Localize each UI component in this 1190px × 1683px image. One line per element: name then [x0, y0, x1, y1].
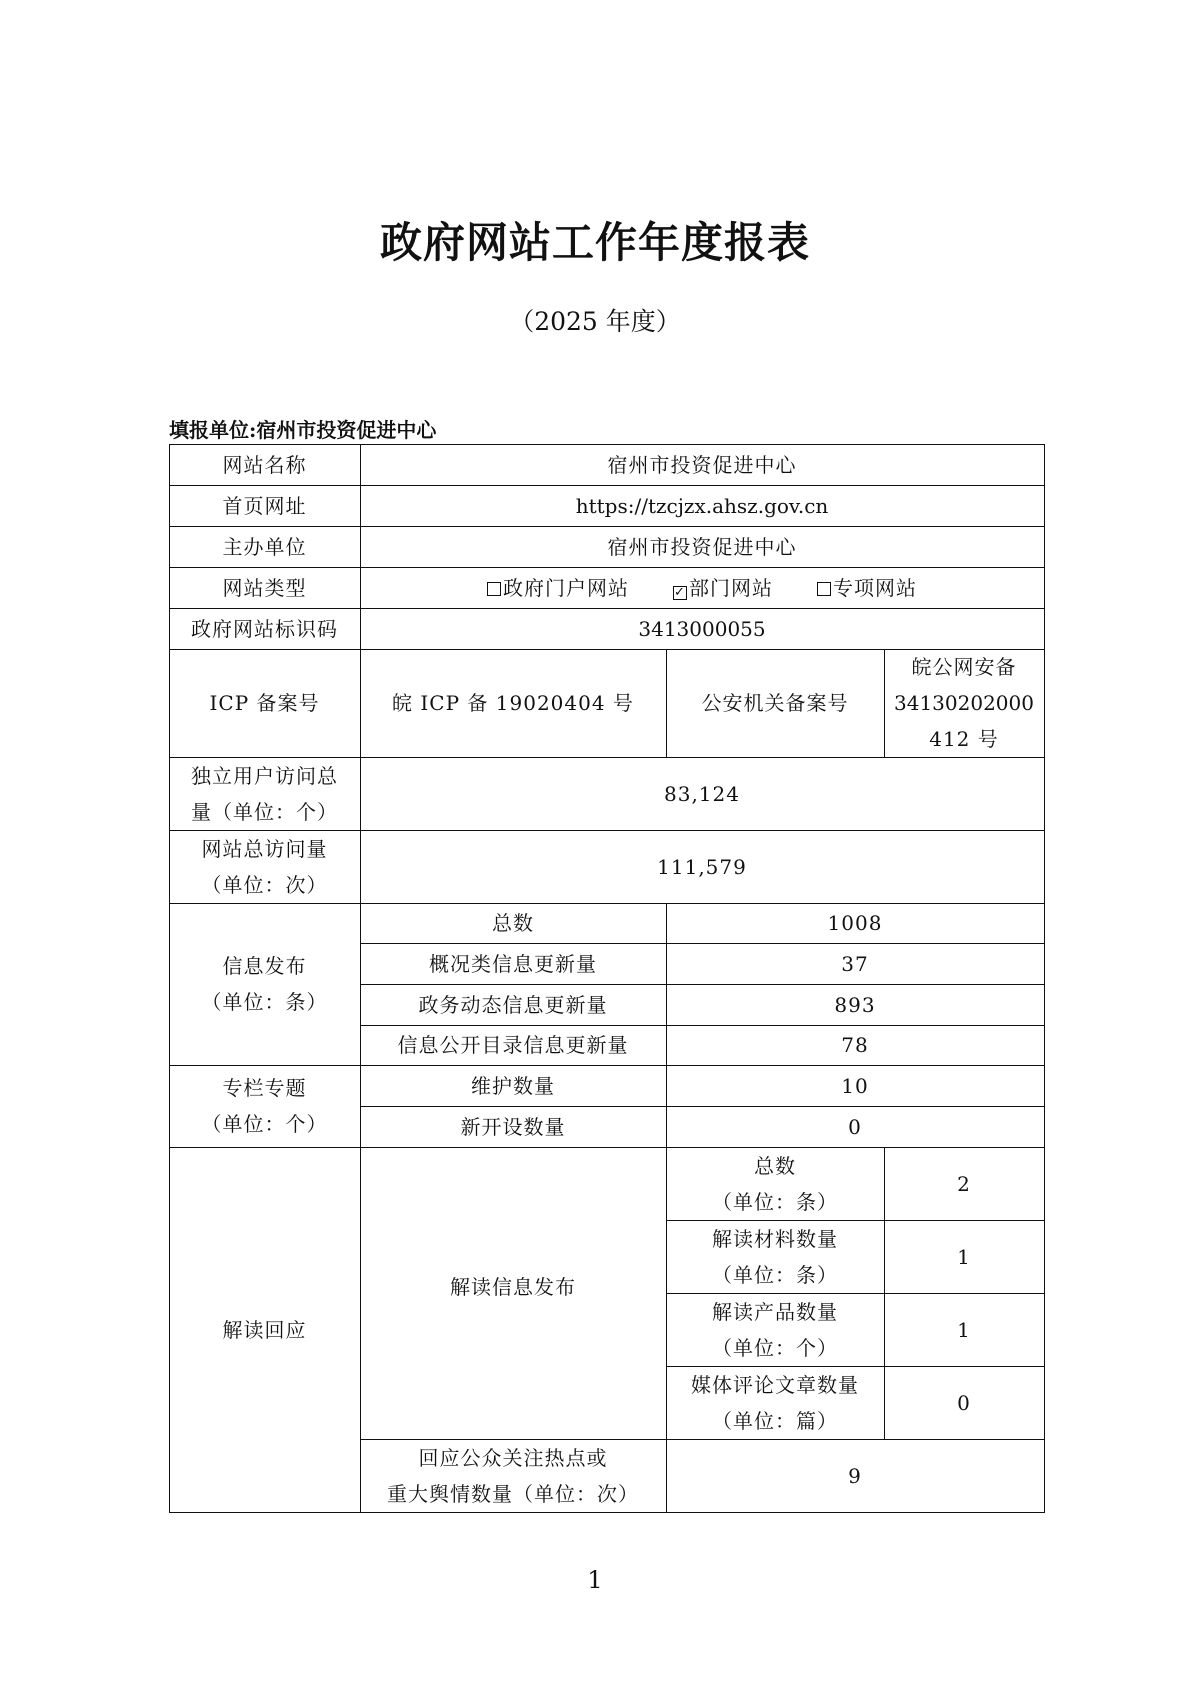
sponsor-label: 主办单位 — [169, 526, 360, 567]
page-title: 政府网站工作年度报表 — [0, 210, 1190, 270]
police-record-value: 皖公网安备 34130202000 412 号 — [884, 649, 1044, 757]
icp-value: 皖 ICP 备 19020404 号 — [360, 649, 666, 757]
label-line: （单位：次） — [202, 867, 328, 903]
news-update-value: 893 — [666, 984, 1044, 1025]
disclosure-update-value: 78 — [666, 1025, 1044, 1065]
table-border-bottom — [169, 1512, 1045, 1513]
option-label: 专项网站 — [833, 576, 917, 600]
interpretation-publish-label: 解读信息发布 — [360, 1147, 666, 1417]
police-line: 皖公网安备 — [912, 649, 1017, 685]
label-line: 回应公众关注热点或 — [419, 1440, 608, 1476]
site-code-label: 政府网站标识码 — [169, 608, 360, 649]
option-special[interactable]: 专项网站 — [817, 570, 917, 606]
interp-material-label: 解读材料数量 （单位：条） — [666, 1220, 884, 1293]
label-line: 信息发布 — [223, 948, 307, 984]
checkbox-unchecked-icon[interactable] — [817, 582, 831, 596]
option-department[interactable]: ✓部门网站 — [673, 570, 773, 606]
disclosure-update-label: 信息公开目录信息更新量 — [360, 1025, 666, 1065]
option-portal[interactable]: 政府门户网站 — [487, 570, 629, 606]
checkbox-unchecked-icon[interactable] — [487, 582, 501, 596]
interp-total-label: 总数 （单位：条） — [666, 1147, 884, 1220]
columns-label: 专栏专题 （单位：个） — [169, 1065, 360, 1147]
option-label: 政府门户网站 — [503, 576, 629, 600]
label-line: （单位：条） — [712, 1257, 838, 1293]
option-label: 部门网站 — [689, 576, 773, 600]
public-response-label: 回应公众关注热点或 重大舆情数量（单位：次） — [360, 1439, 666, 1512]
unique-visitors-value: 83,124 — [360, 757, 1044, 830]
interpretation-label: 解读回应 — [169, 1147, 360, 1512]
overview-update-label: 概况类信息更新量 — [360, 943, 666, 984]
maintained-label: 维护数量 — [360, 1065, 666, 1106]
label-line: 解读产品数量 — [712, 1294, 838, 1330]
police-record-label: 公安机关备案号 — [666, 649, 884, 757]
label-line: （单位：条） — [202, 984, 328, 1020]
interp-product-label: 解读产品数量 （单位：个） — [666, 1293, 884, 1366]
site-code-value: 3413000055 — [360, 608, 1044, 649]
interp-total-value: 2 — [884, 1147, 1044, 1220]
total-visits-value: 111,579 — [360, 830, 1044, 903]
label-line: （单位：个） — [202, 1106, 328, 1142]
label-line: （单位：个） — [712, 1330, 838, 1366]
label-line: （单位：条） — [712, 1184, 838, 1220]
unique-visitors-label: 独立用户访问总 量（单位：个） — [169, 757, 360, 830]
new-opened-label: 新开设数量 — [360, 1106, 666, 1147]
homepage-label: 首页网址 — [169, 485, 360, 526]
media-article-value: 0 — [884, 1366, 1044, 1439]
overview-update-value: 37 — [666, 943, 1044, 984]
label-line: 媒体评论文章数量 — [691, 1367, 859, 1403]
interp-material-value: 1 — [884, 1220, 1044, 1293]
report-year: （2025 年度） — [0, 302, 1190, 338]
police-line: 34130202000 — [894, 685, 1034, 721]
label-line: 量（单位：个） — [191, 794, 338, 830]
icp-label: ICP 备案号 — [169, 649, 360, 757]
reporting-unit: 填报单位:宿州市投资促进中心 — [169, 414, 436, 443]
info-publish-label: 信息发布 （单位：条） — [169, 903, 360, 1065]
sponsor-value: 宿州市投资促进中心 — [360, 526, 1044, 567]
site-name-value: 宿州市投资促进中心 — [360, 444, 1044, 485]
label-line: 重大舆情数量（单位：次） — [387, 1476, 639, 1512]
label-line: 专栏专题 — [223, 1070, 307, 1106]
public-response-value: 9 — [666, 1439, 1044, 1512]
label-line: （单位：篇） — [712, 1403, 838, 1439]
label-line: 独立用户访问总 — [191, 758, 338, 794]
new-opened-value: 0 — [666, 1106, 1044, 1147]
homepage-url: https://tzcjzx.ahsz.gov.cn — [360, 485, 1044, 526]
table-border-right — [1044, 444, 1045, 1513]
label-line: 解读材料数量 — [712, 1221, 838, 1257]
police-line: 412 号 — [929, 721, 999, 757]
site-type-options: 政府门户网站 ✓部门网站 专项网站 — [360, 567, 1044, 608]
maintained-value: 10 — [666, 1065, 1044, 1106]
total-visits-label: 网站总访问量 （单位：次） — [169, 830, 360, 903]
info-total-label: 总数 — [360, 903, 666, 943]
info-total-value: 1008 — [666, 903, 1044, 943]
interp-product-value: 1 — [884, 1293, 1044, 1366]
media-article-label: 媒体评论文章数量 （单位：篇） — [666, 1366, 884, 1439]
news-update-label: 政务动态信息更新量 — [360, 984, 666, 1025]
label-line: 总数 — [754, 1148, 796, 1184]
label-line: 网站总访问量 — [202, 831, 328, 867]
site-type-label: 网站类型 — [169, 567, 360, 608]
page-number: 1 — [0, 1566, 1190, 1594]
site-name-label: 网站名称 — [169, 444, 360, 485]
checkbox-checked-icon[interactable]: ✓ — [673, 586, 687, 600]
